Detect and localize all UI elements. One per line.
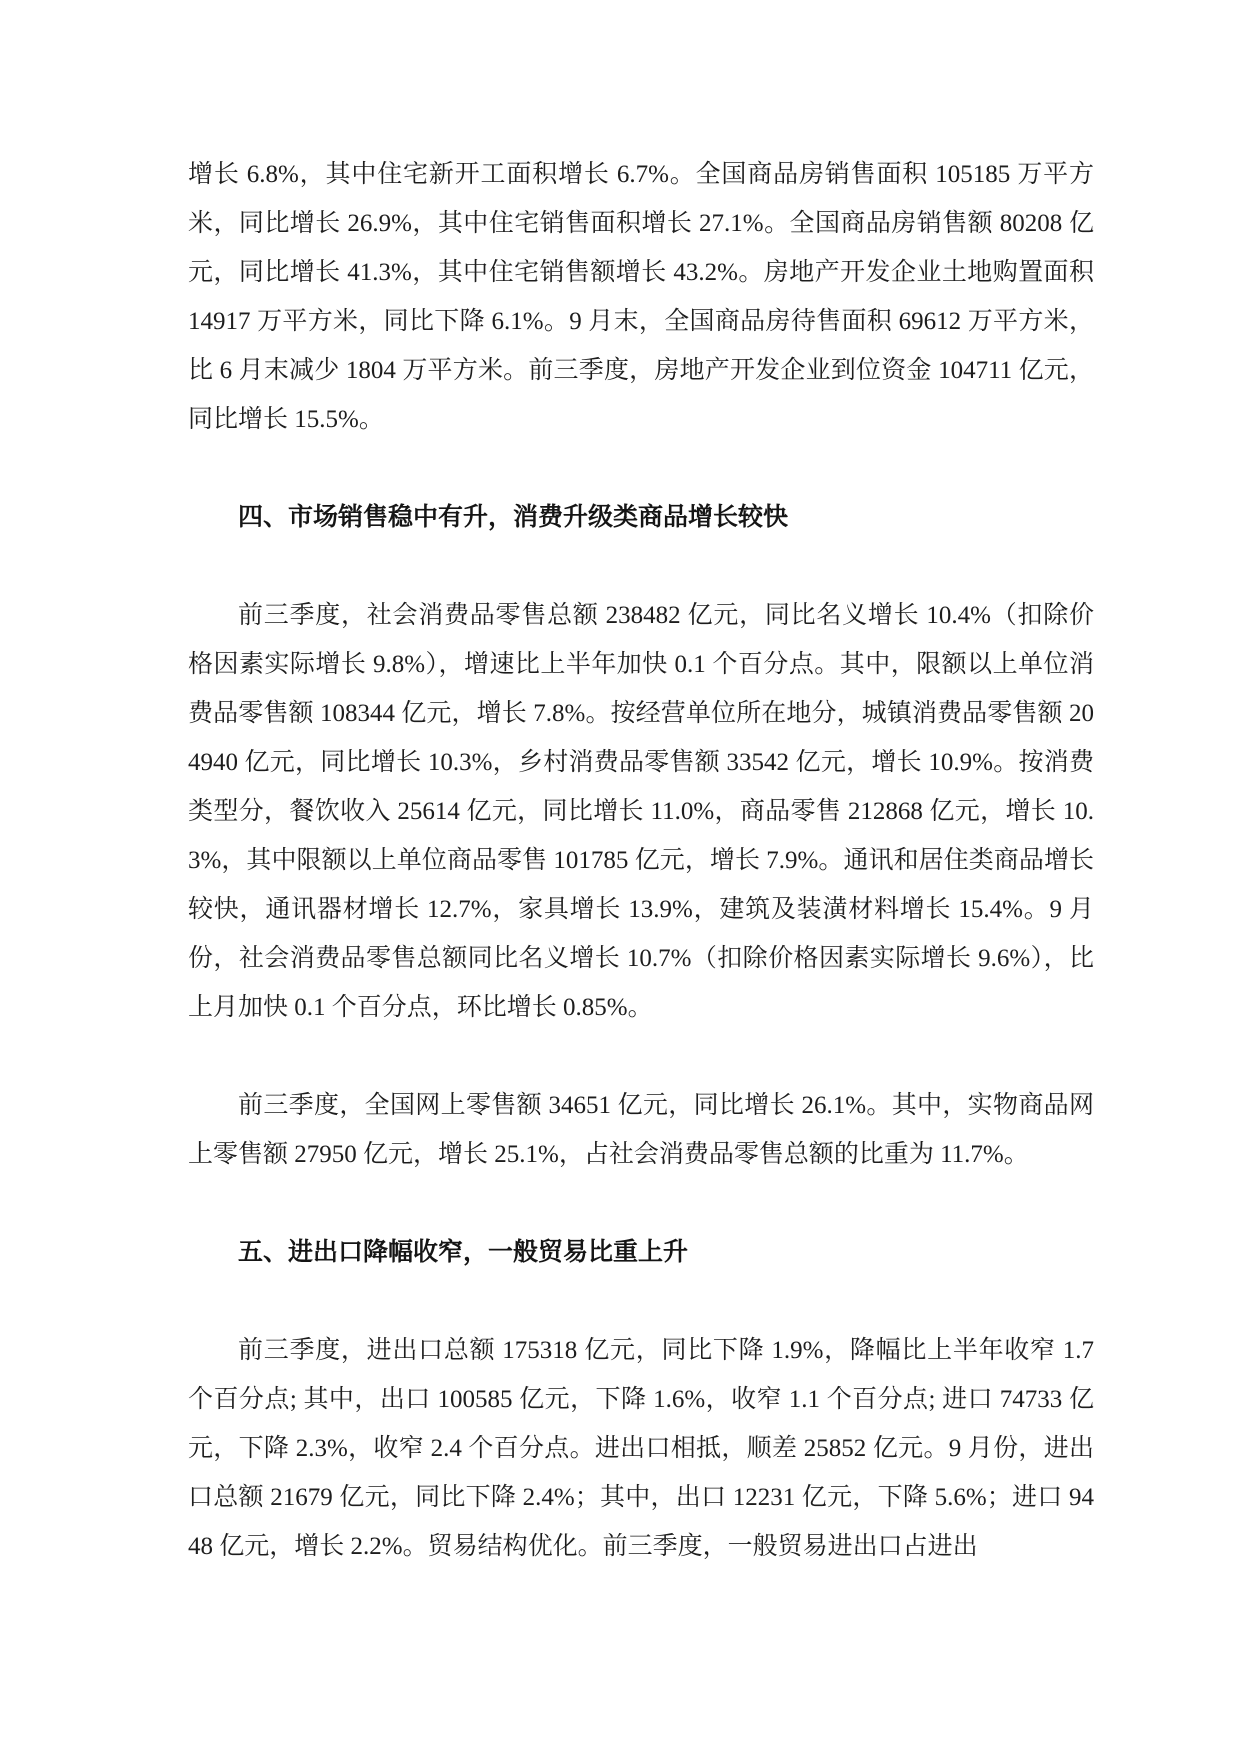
heading-section-5-import-export: 五、进出口降幅收窄，一般贸易比重上升: [188, 1228, 1094, 1277]
paragraph-foreign-trade: 前三季度，进出口总额 175318 亿元，同比下降 1.9%，降幅比上半年收窄 …: [188, 1326, 1094, 1571]
paragraph-retail-consumption: 前三季度，社会消费品零售总额 238482 亿元，同比名义增长 10.4%（扣除…: [188, 591, 1094, 1032]
paragraph-online-retail: 前三季度，全国网上零售额 34651 亿元，同比增长 26.1%。其中，实物商品…: [188, 1081, 1094, 1179]
heading-section-4-market-sales: 四、市场销售稳中有升，消费升级类商品增长较快: [188, 493, 1094, 542]
paragraph-real-estate-continued: 增长 6.8%，其中住宅新开工面积增长 6.7%。全国商品房销售面积 10518…: [188, 150, 1094, 444]
document-page: 增长 6.8%，其中住宅新开工面积增长 6.7%。全国商品房销售面积 10518…: [0, 0, 1241, 1754]
